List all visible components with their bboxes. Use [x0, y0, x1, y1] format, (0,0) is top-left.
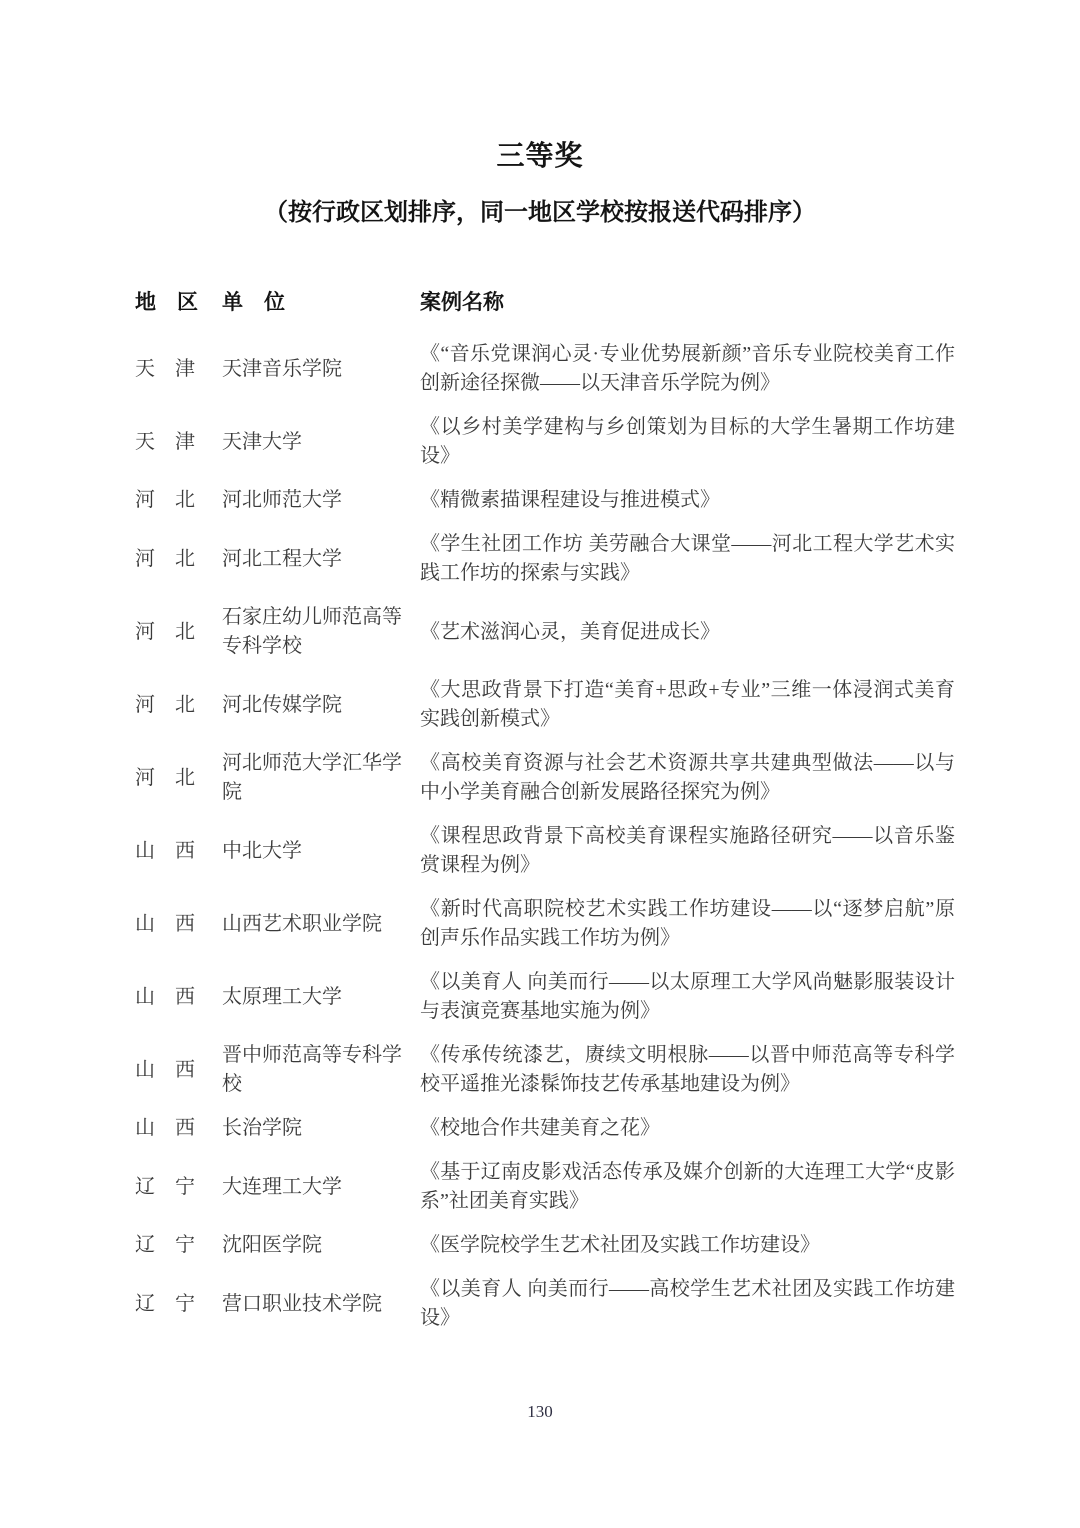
table-row: 河 北 河北工程大学 《学生社团工作坊 美劳融合大课堂——河北工程大学艺术实践工… [135, 530, 955, 588]
awards-table: 地 区 单 位 案例名称 天 津 天津音乐学院 《“音乐党课润心灵·专业优势展新… [135, 288, 955, 1348]
table-row: 山 西 长治学院 《校地合作共建美育之花》 [135, 1114, 955, 1143]
region-cell: 河 北 [135, 486, 222, 515]
case-name-cell: 《基于辽南皮影戏活态传承及媒介创新的大连理工大学“皮影系”社团美育实践》 [420, 1158, 955, 1216]
case-name-cell: 《新时代高职院校艺术实践工作坊建设——以“逐梦启航”原创声乐作品实践工作坊为例》 [420, 895, 955, 953]
case-name-cell: 《课程思政背景下高校美育课程实施路径研究——以音乐鉴赏课程为例》 [420, 822, 955, 880]
unit-cell: 山西艺术职业学院 [222, 910, 420, 939]
table-row: 河 北 河北师范大学 《精微素描课程建设与推进模式》 [135, 486, 955, 515]
table-row: 河 北 河北师范大学汇华学院 《高校美育资源与社会艺术资源共享共建典型做法——以… [135, 749, 955, 807]
unit-cell: 中北大学 [222, 837, 420, 866]
region-cell: 天 津 [135, 355, 222, 384]
page-title: 三等奖 [0, 134, 1080, 174]
unit-cell: 河北师范大学汇华学院 [222, 749, 420, 807]
table-row: 山 西 晋中师范高等专科学校 《传承传统漆艺，赓续文明根脉——以晋中师范高等专科… [135, 1041, 955, 1099]
region-cell: 河 北 [135, 545, 222, 574]
document-page: 三等奖 （按行政区划排序，同一地区学校按报送代码排序） 地 区 单 位 案例名称… [0, 0, 1080, 1528]
unit-cell: 河北工程大学 [222, 545, 420, 574]
case-name-cell: 《传承传统漆艺，赓续文明根脉——以晋中师范高等专科学校平遥推光漆髹饰技艺传承基地… [420, 1041, 955, 1099]
table-row: 山 西 中北大学 《课程思政背景下高校美育课程实施路径研究——以音乐鉴赏课程为例… [135, 822, 955, 880]
page-subtitle: （按行政区划排序，同一地区学校按报送代码排序） [0, 192, 1080, 227]
region-cell: 山 西 [135, 1056, 222, 1085]
unit-cell: 太原理工大学 [222, 983, 420, 1012]
unit-cell: 天津大学 [222, 428, 420, 457]
case-name-cell: 《精微素描课程建设与推进模式》 [420, 486, 955, 515]
region-cell: 河 北 [135, 618, 222, 647]
region-cell: 河 北 [135, 691, 222, 720]
unit-cell: 河北师范大学 [222, 486, 420, 515]
region-cell: 辽 宁 [135, 1173, 222, 1202]
region-cell: 山 西 [135, 910, 222, 939]
page-number: 130 [0, 1402, 1080, 1422]
table-row: 河 北 石家庄幼儿师范高等专科学校 《艺术滋润心灵，美育促进成长》 [135, 603, 955, 661]
table-header-row: 地 区 单 位 案例名称 [135, 288, 955, 317]
table-body: 天 津 天津音乐学院 《“音乐党课润心灵·专业优势展新颜”音乐专业院校美育工作创… [135, 340, 955, 1333]
unit-cell: 大连理工大学 [222, 1173, 420, 1202]
unit-cell: 长治学院 [222, 1114, 420, 1143]
region-cell: 天 津 [135, 428, 222, 457]
case-name-cell: 《校地合作共建美育之花》 [420, 1114, 955, 1143]
unit-cell: 沈阳医学院 [222, 1231, 420, 1260]
header-case-name: 案例名称 [420, 288, 955, 317]
table-row: 辽 宁 营口职业技术学院 《以美育人 向美而行——高校学生艺术社团及实践工作坊建… [135, 1275, 955, 1333]
case-name-cell: 《学生社团工作坊 美劳融合大课堂——河北工程大学艺术实践工作坊的探索与实践》 [420, 530, 955, 588]
table-row: 辽 宁 沈阳医学院 《医学院校学生艺术社团及实践工作坊建设》 [135, 1231, 955, 1260]
region-cell: 山 西 [135, 1114, 222, 1143]
header-region: 地 区 [135, 288, 222, 317]
table-row: 河 北 河北传媒学院 《大思政背景下打造“美育+思政+专业”三维一体浸润式美育实… [135, 676, 955, 734]
unit-cell: 河北传媒学院 [222, 691, 420, 720]
region-cell: 山 西 [135, 983, 222, 1012]
case-name-cell: 《大思政背景下打造“美育+思政+专业”三维一体浸润式美育实践创新模式》 [420, 676, 955, 734]
case-name-cell: 《高校美育资源与社会艺术资源共享共建典型做法——以与中小学美育融合创新发展路径探… [420, 749, 955, 807]
table-row: 山 西 太原理工大学 《以美育人 向美而行——以太原理工大学风尚魅影服装设计与表… [135, 968, 955, 1026]
table-row: 天 津 天津音乐学院 《“音乐党课润心灵·专业优势展新颜”音乐专业院校美育工作创… [135, 340, 955, 398]
case-name-cell: 《以美育人 向美而行——高校学生艺术社团及实践工作坊建设》 [420, 1275, 955, 1333]
region-cell: 辽 宁 [135, 1231, 222, 1260]
case-name-cell: 《“音乐党课润心灵·专业优势展新颜”音乐专业院校美育工作创新途径探微——以天津音… [420, 340, 955, 398]
case-name-cell: 《艺术滋润心灵，美育促进成长》 [420, 618, 955, 647]
unit-cell: 营口职业技术学院 [222, 1290, 420, 1319]
unit-cell: 晋中师范高等专科学校 [222, 1041, 420, 1099]
region-cell: 山 西 [135, 837, 222, 866]
table-row: 辽 宁 大连理工大学 《基于辽南皮影戏活态传承及媒介创新的大连理工大学“皮影系”… [135, 1158, 955, 1216]
region-cell: 辽 宁 [135, 1290, 222, 1319]
case-name-cell: 《以美育人 向美而行——以太原理工大学风尚魅影服装设计与表演竞赛基地实施为例》 [420, 968, 955, 1026]
table-row: 天 津 天津大学 《以乡村美学建构与乡创策划为目标的大学生暑期工作坊建设》 [135, 413, 955, 471]
case-name-cell: 《以乡村美学建构与乡创策划为目标的大学生暑期工作坊建设》 [420, 413, 955, 471]
unit-cell: 石家庄幼儿师范高等专科学校 [222, 603, 420, 661]
unit-cell: 天津音乐学院 [222, 355, 420, 384]
case-name-cell: 《医学院校学生艺术社团及实践工作坊建设》 [420, 1231, 955, 1260]
header-unit: 单 位 [222, 288, 420, 317]
table-row: 山 西 山西艺术职业学院 《新时代高职院校艺术实践工作坊建设——以“逐梦启航”原… [135, 895, 955, 953]
region-cell: 河 北 [135, 764, 222, 793]
